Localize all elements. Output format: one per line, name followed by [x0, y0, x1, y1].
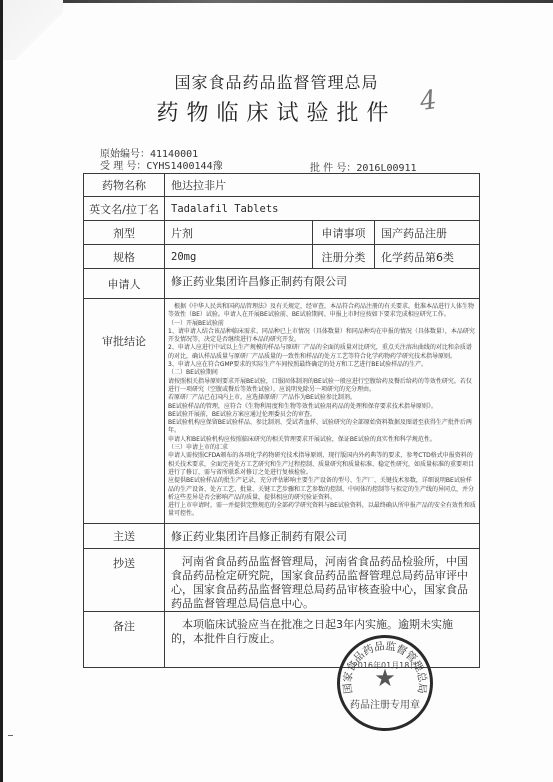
dosage-form-label: 剂型	[84, 221, 165, 245]
conclusion-paragraph: 若原研厂产品已在国内上市，应选择原研厂产品作为BE试验参比制剂。	[168, 394, 476, 402]
row-dosage-form: 剂型 片剂 申请事项 国产药品注册	[84, 221, 480, 245]
row-drug-name: 药物名称 他达拉非片	[84, 174, 480, 197]
row-english-name: 英文名/拉丁名 Tadalafil Tablets	[84, 197, 480, 221]
applicant-value: 修正药业集团许昌修正制药有限公司	[165, 269, 480, 299]
page-fold-shadow	[3, 0, 63, 60]
main-recipient-label: 主送	[84, 523, 165, 548]
row-specification: 规格 20mg 注册分类 化学药品第6类	[84, 245, 480, 269]
conclusion-paragraph: 2、申请人应进行中试以上生产规模的样品与原研厂产品的全面的质量对比研究，重点关注…	[168, 344, 476, 361]
english-name-value: Tadalafil Tablets	[165, 197, 480, 221]
application-item-value: 国产药品注册	[375, 221, 480, 245]
conclusion-label: 审批结论	[84, 299, 165, 524]
specification-label: 规格	[84, 245, 165, 269]
conclusion-paragraph: （二）BE试验期间	[168, 369, 476, 377]
official-seal: 国家食品药品监督管理总局 ★ 2016年01月18日 药品注册专用章	[337, 635, 433, 731]
handwritten-mark: 4	[418, 85, 439, 117]
specification-value: 20mg	[165, 245, 313, 269]
conclusion-paragraph: （一）开展BE试验前	[168, 320, 476, 328]
conclusion-paragraph: 请按照相关指导原则要求开展BE试验，口服固体制剂的BE试验一般应进行空腹给药及餐…	[168, 378, 476, 395]
approval-form-table: 药物名称 他达拉非片 英文名/拉丁名 Tadalafil Tablets 剂型 …	[83, 173, 480, 668]
page-top-edge	[0, 0, 553, 3]
seal-date: 2016年01月18日	[340, 660, 430, 671]
conclusion-paragraph: 申请人和BE试验机构应按照临床研究的相关管理要求开展试验，保证BE试验的真实性和…	[168, 436, 476, 444]
row-conclusion: 审批结论 根据《中华人民共和国药品管理法》及有关规定，经审查，本品符合药品注册的…	[84, 299, 480, 524]
application-item-label: 申请事项	[313, 221, 375, 245]
conclusion-paragraph: 申请人需按照CFDA颁布的各项化学药物研究技术指导原则、现行版国内外药典等的要求…	[168, 452, 476, 477]
conclusion-paragraphs: 根据《中华人民共和国药品管理法》及有关规定，经审查，本品符合药品注册的有关要求，…	[168, 303, 476, 519]
document-title: 药物临床试验批件	[0, 96, 553, 127]
acceptance-number: 受 理 号：CYHS1400144豫	[100, 157, 223, 172]
note-label: 备注	[84, 611, 165, 667]
row-main-recipient: 主送 修正药业集团许昌修正制药有限公司	[84, 523, 480, 548]
conclusion-paragraph: BE试验样品的管理，应符合《生物利用度和生物等效性试验用药品的处理和保存要求技术…	[168, 403, 476, 411]
main-recipient-value: 修正药业集团许昌修正制药有限公司	[165, 523, 480, 548]
conclusion-paragraph: BE试验开展前，BE试验方案应通过伦理委员会的审查。	[168, 411, 476, 419]
conclusion-paragraph: 1、请申请人结合该品种临床需求、同品种已上市情况（具体数量）和同品种均在申报的情…	[168, 328, 476, 345]
scan-artifact	[8, 735, 13, 736]
applicant-label: 申请人	[84, 269, 165, 299]
drug-name-label: 药物名称	[84, 174, 165, 197]
conclusion-paragraph: BE试验机构应保留BE试验样品、参比制剂、受试者血样、试验研究的全部原始资料数据…	[168, 419, 476, 436]
approval-number: 批 件 号：2016L00911	[310, 159, 417, 174]
acceptance-number-value: CYHS1400144豫	[146, 161, 222, 172]
conclusion-text: 根据《中华人民共和国药品管理法》及有关规定，经审查，本品符合药品注册的有关要求，…	[165, 299, 480, 524]
conclusion-paragraph: 进行上市申请时，需一并提供完整规范的全部药学研究资料与BE试验资料，以最终确认所…	[168, 502, 476, 519]
drug-name-value: 他达拉非片	[165, 174, 480, 197]
registration-class-value: 化学药品第6类	[375, 245, 480, 269]
conclusion-paragraph: 应提供BE试验样品的批生产记录，充分评估影响主要生产设备的型号、生产厂、关键技术…	[168, 477, 476, 502]
registration-class-label: 注册分类	[313, 245, 375, 269]
seal-bottom-text: 药品注册专用章	[340, 696, 430, 711]
cc-value: 河南省食品药品监督管理局，河南省食品药品检验所，中国食品药品检定研究院，国家食品…	[165, 548, 480, 611]
english-name-label: 英文名/拉丁名	[84, 197, 165, 221]
cc-label: 抄送	[84, 548, 165, 611]
acceptance-number-label: 受 理 号：	[100, 161, 146, 172]
dosage-form-value: 片剂	[165, 221, 313, 245]
row-cc: 抄送 河南省食品药品监督管理局，河南省食品药品检验所，中国食品药品检定研究院，国…	[84, 548, 480, 611]
agency-name: 国家食品药品监督管理总局	[0, 70, 553, 93]
conclusion-paragraph: 根据《中华人民共和国药品管理法》及有关规定，经审查，本品符合药品注册的有关要求，…	[168, 303, 476, 320]
row-applicant: 申请人 修正药业集团许昌修正制药有限公司	[84, 269, 480, 299]
